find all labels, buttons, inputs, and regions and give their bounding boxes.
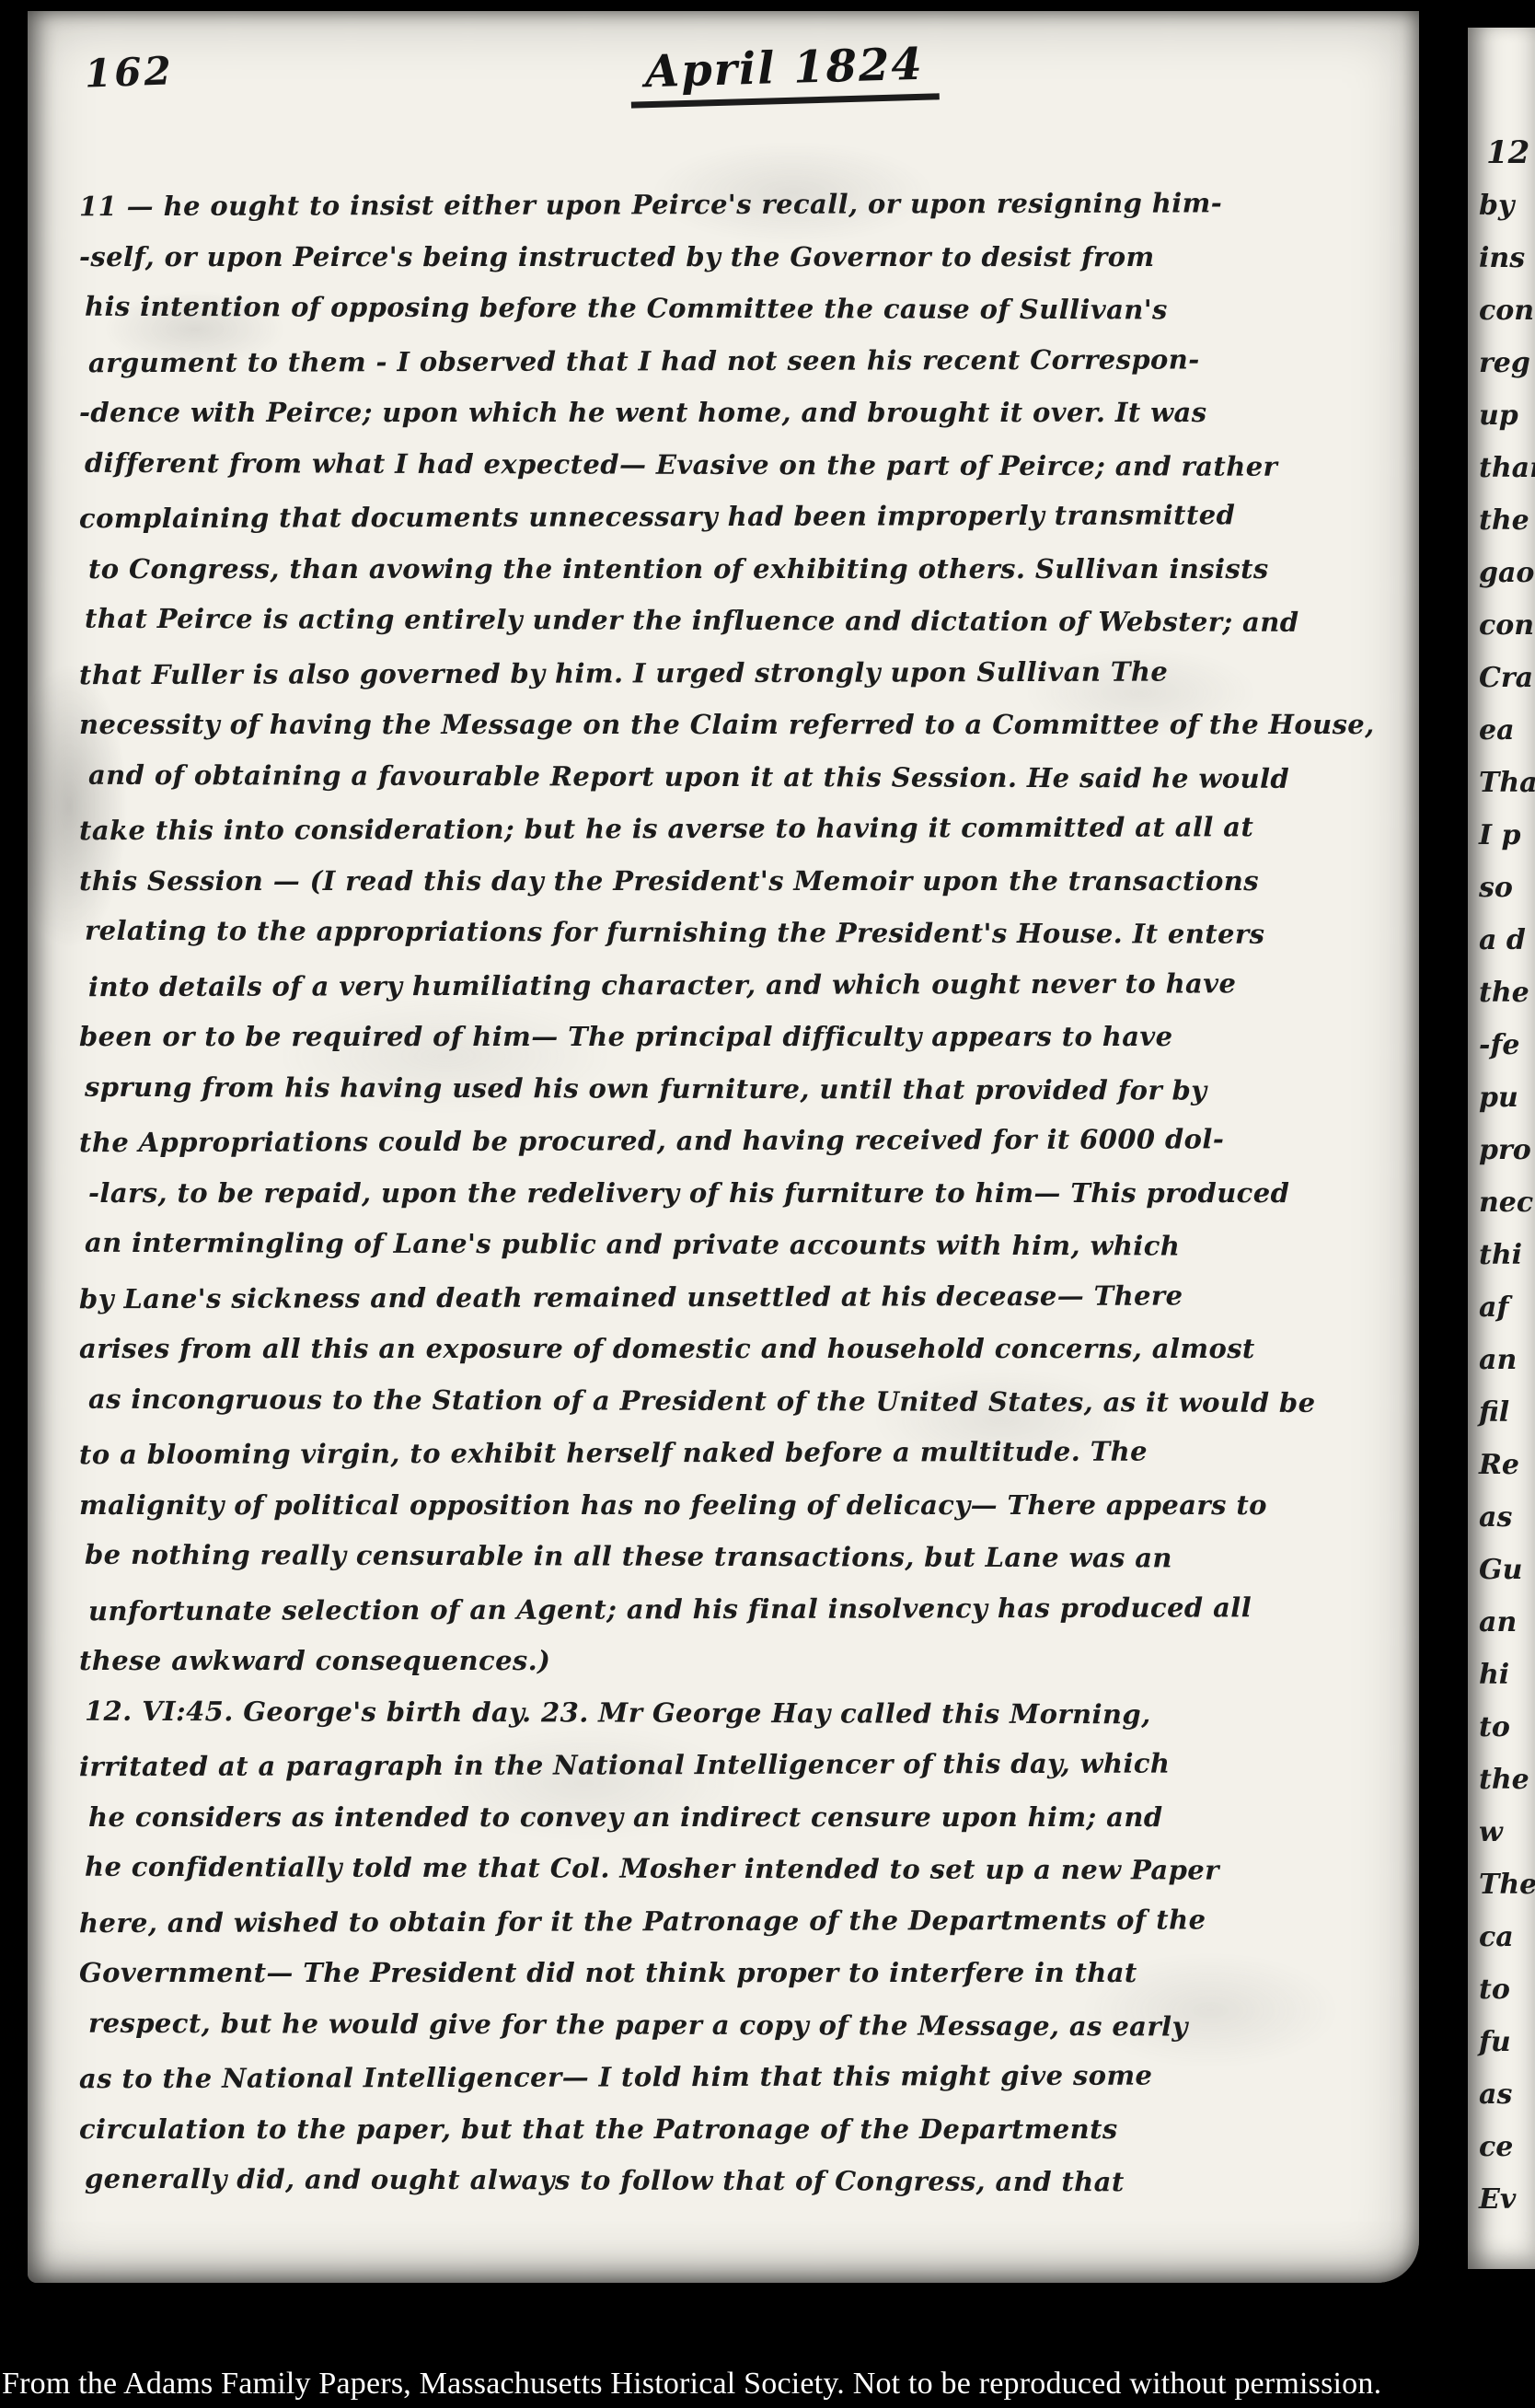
adjacent-page-fragment: The <box>1468 1858 1535 1911</box>
manuscript-line: his intention of opposing before the Com… <box>85 281 1386 337</box>
manuscript-line: these awkward consequences.) <box>79 1635 1386 1687</box>
manuscript-line: irritated at a paragraph in the National… <box>79 1737 1386 1793</box>
manuscript-line: malignity of political opposition has no… <box>79 1479 1386 1532</box>
adjacent-page-fragment: ca <box>1468 1911 1535 1963</box>
adjacent-page-fragment: an <box>1468 1334 1535 1386</box>
adjacent-page-fragment: pro <box>1468 1124 1535 1176</box>
adjacent-page-fragment: I p <box>1468 809 1535 862</box>
manuscript-line: -dence with Peirce; upon which he went h… <box>79 387 1386 439</box>
adjacent-page-fragment: an <box>1468 1596 1535 1649</box>
adjacent-page-fragment: Re <box>1468 1439 1535 1491</box>
adjacent-page-fragment: as <box>1468 1491 1535 1544</box>
adjacent-page-fragment: by <box>1468 179 1535 232</box>
manuscript-line: take this into consideration; but he is … <box>79 801 1386 857</box>
manuscript-line: into details of a very humiliating chara… <box>88 956 1386 1013</box>
adjacent-page-fragment: fu <box>1468 2016 1535 2068</box>
adjacent-page-fragment: Cra <box>1468 652 1535 704</box>
adjacent-page-fragment: af <box>1468 1281 1535 1334</box>
manuscript-line: circulation to the paper, but that the P… <box>79 2103 1386 2156</box>
adjacent-page-fragment: ea <box>1468 704 1535 757</box>
adjacent-page-fragment: so <box>1468 862 1535 914</box>
adjacent-page-fragment: ce <box>1468 2121 1535 2173</box>
manuscript-line: an intermingling of Lane's public and pr… <box>85 1217 1386 1273</box>
manuscript-line: argument to them - I observed that I had… <box>88 332 1386 388</box>
manuscript-line: the Appropriations could be procured, an… <box>79 1113 1386 1169</box>
adjacent-page-fragment: Ev <box>1468 2173 1535 2226</box>
manuscript-line: to Congress, than avowing the intention … <box>88 543 1386 596</box>
manuscript-line: been or to be required of him— The princ… <box>79 1011 1386 1063</box>
manuscript-scan: 162 April 1824 11 — he ought to insist e… <box>0 0 1535 2408</box>
manuscript-line: relating to the appropriations for furni… <box>85 905 1386 961</box>
manuscript-body: 11 — he ought to insist either upon Peir… <box>79 179 1386 2207</box>
manuscript-line: -lars, to be repaid, upon the redelivery… <box>88 1167 1386 1220</box>
adjacent-page-fragment: fil <box>1468 1386 1535 1439</box>
manuscript-line: as to the National Intelligencer— I told… <box>79 2049 1386 2105</box>
adjacent-page-fragment: w <box>1468 1806 1535 1858</box>
manuscript-line: Government— The President did not think … <box>79 1947 1386 1999</box>
adjacent-page-fragment: reg <box>1468 337 1535 389</box>
adjacent-page-fragment: con <box>1468 284 1535 337</box>
adjacent-page-fragment: as <box>1468 2068 1535 2121</box>
manuscript-line: and of obtaining a favourable Report upo… <box>88 748 1386 805</box>
manuscript-line: respect, but he would give for the paper… <box>88 1997 1386 2053</box>
manuscript-line: that Peirce is acting entirely under the… <box>85 593 1386 649</box>
manuscript-line: 11 — he ought to insist either upon Peir… <box>79 177 1386 233</box>
manuscript-line: be nothing really censurable in all thes… <box>85 1529 1386 1585</box>
adjacent-page-fragment: to <box>1468 1963 1535 2016</box>
manuscript-line: he considers as intended to convey an in… <box>88 1791 1386 1844</box>
adjacent-page-fragment: thi <box>1468 1229 1535 1281</box>
manuscript-line: generally did, and ought always to follo… <box>85 2153 1386 2209</box>
adjacent-page-fragment: nec <box>1468 1176 1535 1229</box>
adjacent-page-fragment: 12 <box>1468 127 1535 179</box>
page-number: 162 <box>84 48 174 96</box>
manuscript-line: as incongruous to the Station of a Presi… <box>88 1372 1386 1429</box>
manuscript-line: sprung from his having used his own furn… <box>85 1060 1386 1117</box>
adjacent-page-fragment: up <box>1468 389 1535 442</box>
manuscript-line: this Session — (I read this day the Pres… <box>79 855 1386 908</box>
manuscript-line: arises from all this an exposure of dome… <box>79 1323 1386 1375</box>
diary-page: 162 April 1824 11 — he ought to insist e… <box>28 11 1419 2283</box>
date-heading: April 1824 <box>629 38 940 108</box>
manuscript-line: unfortunate selection of an Agent; and h… <box>88 1580 1386 1637</box>
manuscript-line: different from what I had expected— Evas… <box>85 436 1386 492</box>
manuscript-line: necessity of having the Message on the C… <box>79 699 1386 751</box>
manuscript-line: complaining that documents unnecessary h… <box>79 489 1386 545</box>
adjacent-page-fragment: ins <box>1468 232 1535 284</box>
adjacent-page-fragment: gao <box>1468 547 1535 599</box>
adjacent-page-fragments: 12byinsconregupthanthegaocontCraeaThaI p… <box>1468 28 1535 2226</box>
caption-text: From the Adams Family Papers, Massachuse… <box>0 2367 1381 2402</box>
adjacent-page-fragment: Gu <box>1468 1544 1535 1596</box>
manuscript-line: here, and wished to obtain for it the Pa… <box>79 1893 1386 1949</box>
adjacent-page-fragment: the <box>1468 967 1535 1019</box>
adjacent-page-fragment: hi <box>1468 1649 1535 1701</box>
adjacent-page-fragment: Tha <box>1468 757 1535 809</box>
page-gutter <box>1419 0 1468 2408</box>
adjacent-page-fragment: to <box>1468 1701 1535 1754</box>
adjacent-page-fragment: cont <box>1468 599 1535 652</box>
caption-bar: From the Adams Family Papers, Massachuse… <box>0 2359 1535 2408</box>
manuscript-line: -self, or upon Peirce's being instructed… <box>79 231 1386 284</box>
adjacent-page-fragment: than <box>1468 442 1535 494</box>
manuscript-line: by Lane's sickness and death remained un… <box>79 1268 1386 1325</box>
manuscript-line: he confidentially told me that Col. Mosh… <box>85 1841 1386 1897</box>
adjacent-page-edge: 12byinsconregupthanthegaocontCraeaThaI p… <box>1468 28 1535 2269</box>
adjacent-page-fragment: the <box>1468 494 1535 547</box>
manuscript-line: to a blooming virgin, to exhibit herself… <box>79 1425 1386 1481</box>
adjacent-page-fragment: pu <box>1468 1071 1535 1124</box>
adjacent-page-fragment: the <box>1468 1754 1535 1806</box>
adjacent-page-fragment: -fe <box>1468 1019 1535 1071</box>
manuscript-line: that Fuller is also governed by him. I u… <box>79 644 1386 700</box>
manuscript-line: 12. VI:45. George's birth day. 23. Mr Ge… <box>85 1684 1386 1741</box>
adjacent-page-fragment: a d <box>1468 914 1535 967</box>
